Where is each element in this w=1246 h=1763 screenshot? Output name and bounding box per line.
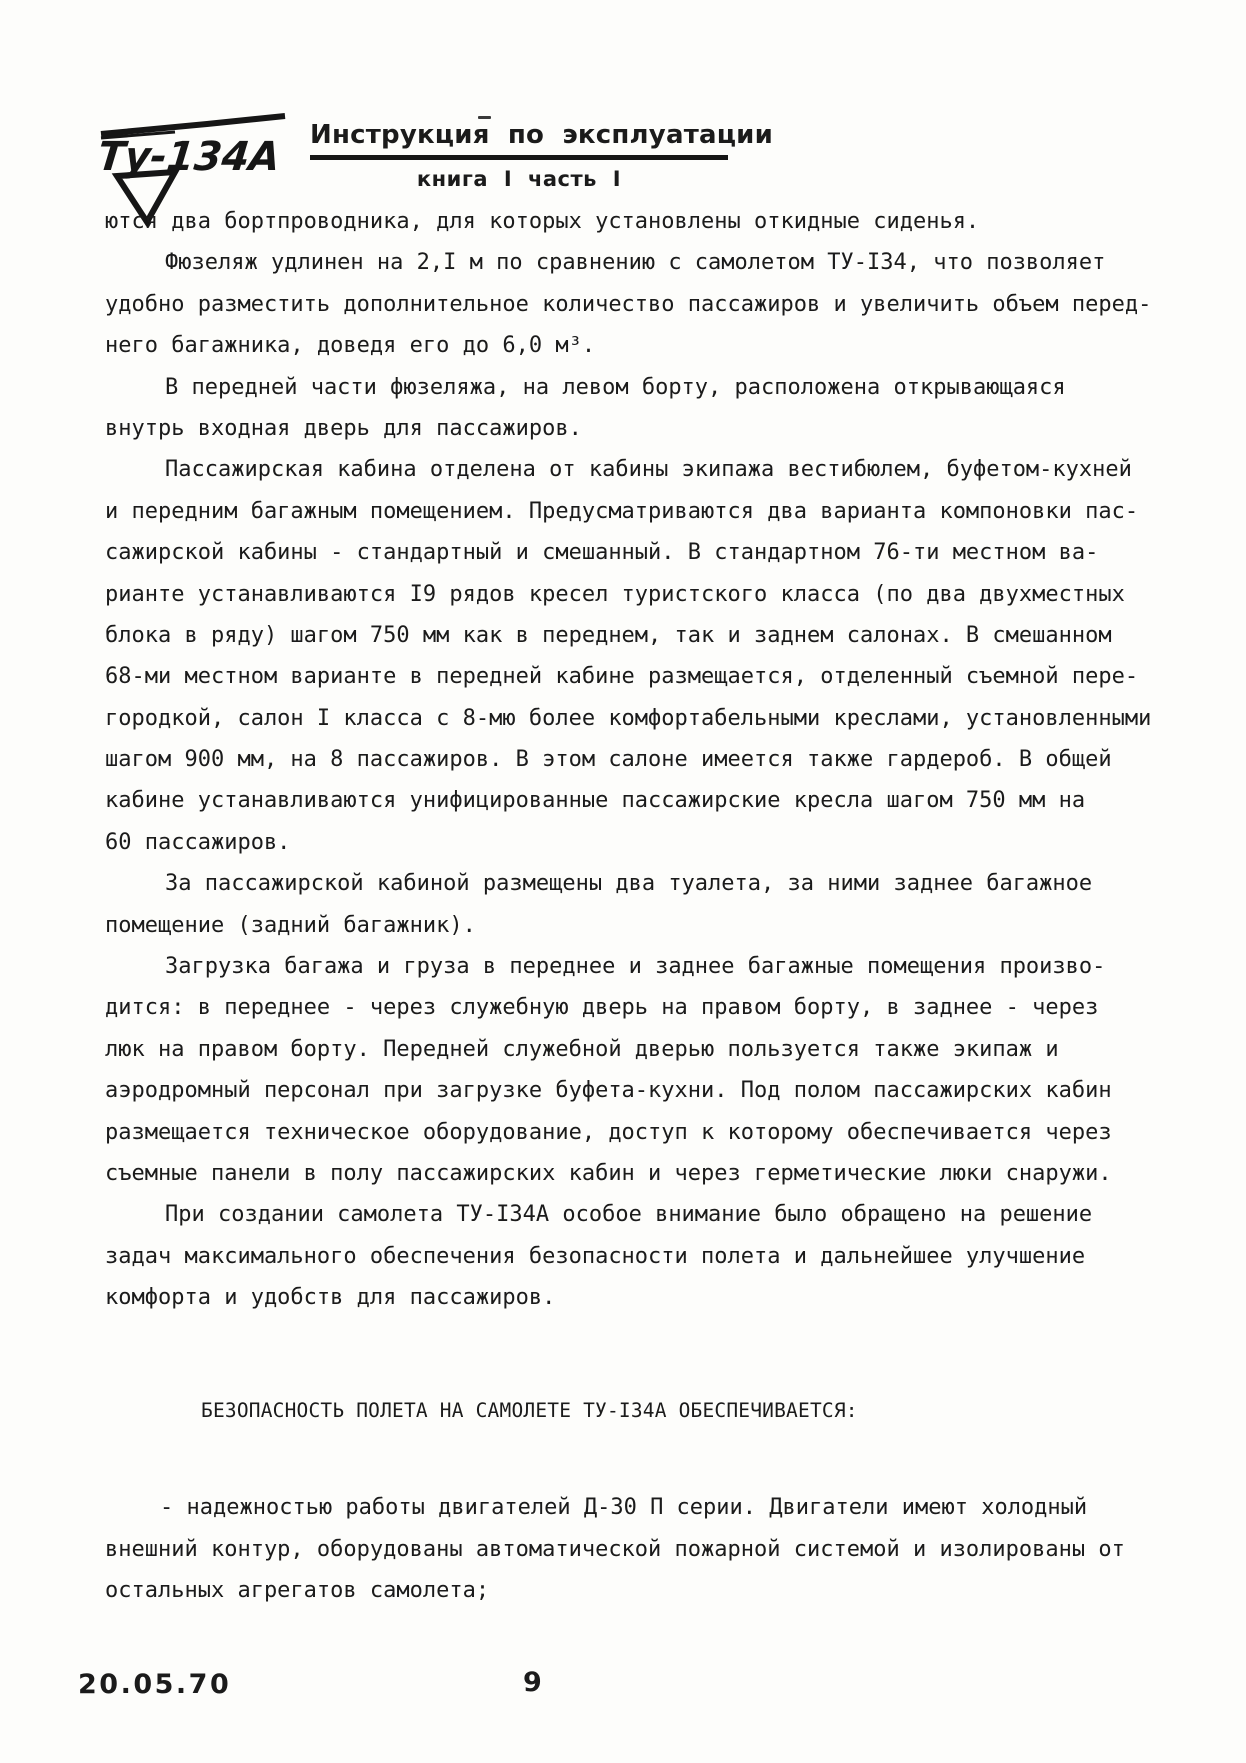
text-line: Загрузка багажа и груза в переднее и зад… [105,946,1190,987]
text-line: аэродромный персонал при загрузке буфета… [105,1070,1190,1111]
text-line: размещается техническое оборудование, до… [105,1112,1190,1153]
text-line: шагом 900 мм, на 8 пассажиров. В этом са… [105,739,1190,780]
text-line: блока в ряду) шагом 750 мм как в передне… [105,615,1190,656]
document-subtitle: книга I часть I [310,167,728,191]
text-line: Пассажирская кабина отделена от кабины э… [105,449,1190,490]
body-text: ются два бортпроводника, для которых уст… [105,201,1190,1319]
text-line: задач максимального обеспечения безопасн… [105,1236,1190,1277]
scanned-manual-page: Ту-134А Инструкция по эксплуатации книга… [0,0,1246,1763]
text-line: 68-ми местном варианте в передней кабине… [105,656,1190,697]
text-line: дится: в переднее - через служебную двер… [105,987,1190,1028]
text-line: За пассажирской кабиной размещены два ту… [105,863,1190,904]
text-line: кабине устанавливаются унифицированные п… [105,780,1190,821]
text-line: удобно разместить дополнительное количес… [105,284,1190,325]
safety-list: - надежностью работы двигателей Д-30 П с… [105,1487,1190,1612]
text-line: - надежностью работы двигателей Д-30 П с… [105,1487,1190,1529]
document-title: Инструкция по эксплуатации [310,120,728,160]
text-line: внешний контур, оборудованы автоматическ… [105,1529,1190,1571]
logo-overline [101,116,285,134]
text-line: При создании самолета ТУ-I34А особое вни… [105,1194,1190,1235]
text-line: съемные панели в полу пассажирских кабин… [105,1153,1190,1194]
text-line: остальных агрегатов самолета; [105,1570,1190,1612]
text-line: сажирской кабины - стандартный и смешанн… [105,532,1190,573]
text-line: 60 пассажиров. [105,822,1190,863]
text-line: ются два бортпроводника, для которых уст… [105,201,1190,242]
header-titles: Инструкция по эксплуатации книга I часть… [310,120,728,191]
text-line: В передней части фюзеляжа, на левом борт… [105,367,1190,408]
text-line: внутрь входная дверь для пассажиров. [105,408,1190,449]
text-line: Фюзеляж удлинен на 2,I м по сравнению с … [105,242,1190,283]
text-line: и передним багажным помещением. Предусма… [105,491,1190,532]
page-number: 9 [523,1667,542,1698]
text-line: помещение (задний багажник). [105,905,1190,946]
section-heading: БЕЗОПАСНОСТЬ ПОЛЕТА НА САМОЛЕТЕ ТУ-I34А … [201,1399,858,1422]
text-line: комфорта и удобств для пассажиров. [105,1277,1190,1318]
scan-speck [478,116,491,119]
text-line: рианте устанавливаются I9 рядов кресел т… [105,574,1190,615]
text-line: городкой, салон I класса с 8-мю более ко… [105,698,1190,739]
text-line: него багажника, доведя его до 6,0 м³. [105,325,1190,366]
footer-date: 20.05.70 [78,1669,231,1700]
text-line: люк на правом борту. Передней служебной … [105,1029,1190,1070]
